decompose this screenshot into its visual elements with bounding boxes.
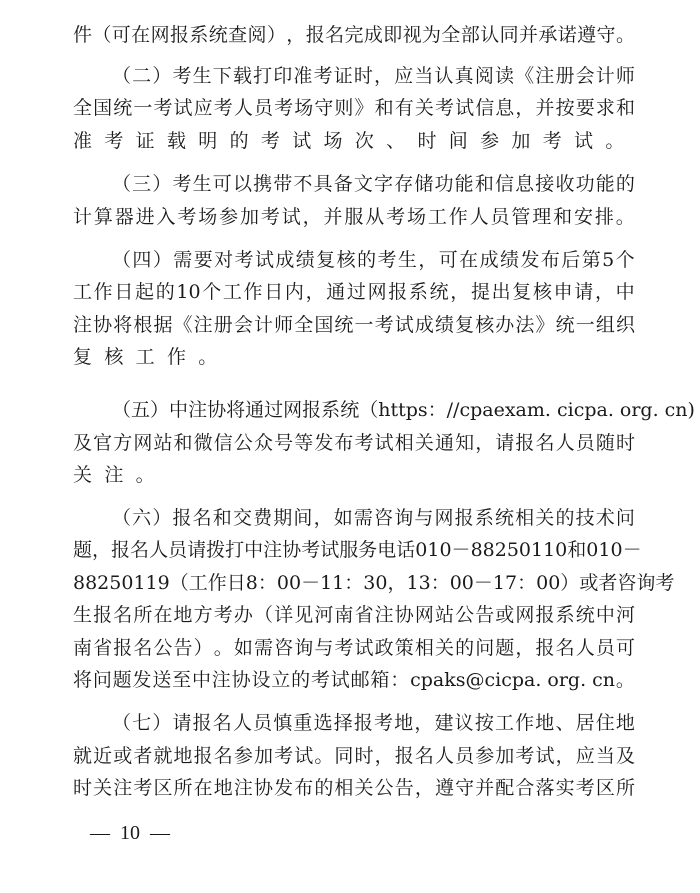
text-line: 题，报名人员请拨打中注协考试服务电话010－88250110和010－ <box>73 536 635 564</box>
text-line: 复核工作。 <box>73 343 635 371</box>
text-line: 关注。 <box>73 461 635 489</box>
text-line: 全国统一考试应考人员考场守则》和有关考试信息，并按要求和 <box>73 94 635 122</box>
text-line: （二）考生下载打印准考证时，应当认真阅读《注册会计师 <box>112 62 635 90</box>
text-line: 生报名所在地方考办（详见河南省注协网站公告或网报系统中河 <box>73 601 635 629</box>
text-line: 计算器进入考场参加考试，并服从考场工作人员管理和安排。 <box>73 203 635 231</box>
text-line: 将问题发送至中注协设立的考试邮箱：cpaks@cicpa. org. cn。 <box>73 666 635 694</box>
page-number: — 10 — <box>90 819 170 847</box>
text-line: 88250119（工作日8：00－11：30，13：00－17：00）或者咨询考 <box>73 569 635 597</box>
text-line: （七）请报名人员慎重选择报考地，建议按工作地、居住地 <box>112 709 635 737</box>
text-line: （六）报名和交费期间，如需咨询与网报系统相关的技术问 <box>112 504 635 532</box>
text-line: 工作日起的10个工作日内，通过网报系统，提出复核申请，中 <box>73 278 635 306</box>
text-line: 南省报名公告）。如需咨询与考试政策相关的问题，报名人员可 <box>73 634 635 662</box>
text-line: （三）考生可以携带不具备文字存储功能和信息接收功能的 <box>112 170 635 198</box>
text-line: 时关注考区所在地注协发布的相关公告，遵守并配合落实考区所 <box>73 774 635 802</box>
document-page: 件（可在网报系统查阅），报名完成即视为全部认同并承诺遵守。（二）考生下载打印准考… <box>0 0 700 893</box>
text-line: 就近或者就地报名参加考试。同时，报名人员参加考试，应当及 <box>73 742 635 770</box>
text-line: 及官方网站和微信公众号等发布考试相关通知，请报名人员随时 <box>73 429 635 457</box>
text-line: 件（可在网报系统查阅），报名完成即视为全部认同并承诺遵守。 <box>73 21 635 49</box>
text-line: 准考证载明的考试场次、时间参加考试。 <box>73 127 635 155</box>
text-line: （四）需要对考试成绩复核的考生，可在成绩发布后第5个 <box>112 246 635 274</box>
text-line: （五）中注协将通过网报系统（https：//cpaexam. cicpa. or… <box>112 396 635 424</box>
text-line: 注协将根据《注册会计师全国统一考试成绩复核办法》统一组织 <box>73 311 635 339</box>
